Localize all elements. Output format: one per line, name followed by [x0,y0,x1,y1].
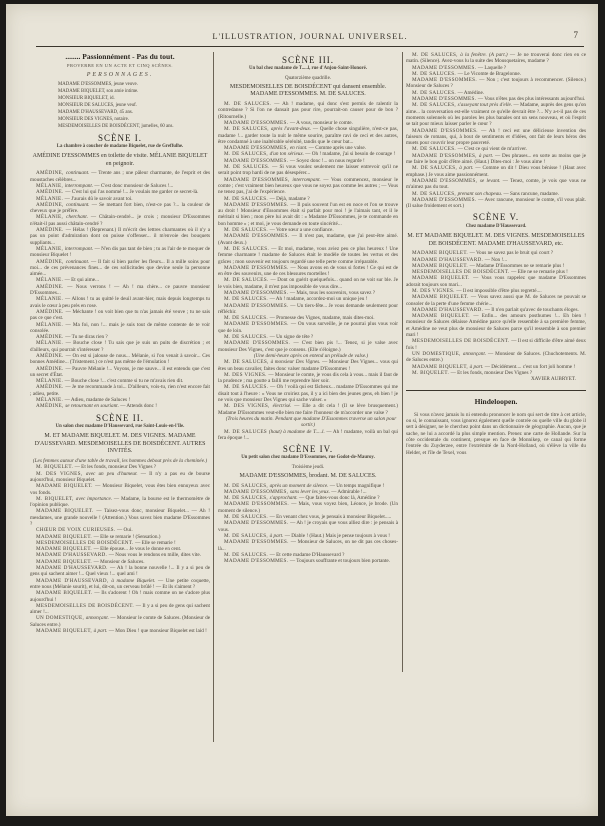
speaker: M. DE SALUCES, [224,359,271,365]
speaker: MADAME BIQUELET. [36,483,95,489]
scene-setting: Un petit salon chez madame D'Essommes, r… [218,455,398,461]
speaker: M. DE SALUCES, [224,126,271,132]
dialogue-line: (Trois heures du matin. Pendant que mada… [218,416,398,429]
speaker: MÉLANIE. [36,196,65,202]
speaker: AMÉDINE. [36,309,66,315]
speaker: CHŒUR DE VOIX CURIEUSES. [36,527,117,533]
speaker: MADAME D'ESSOMMES. [224,265,291,271]
dialogue-line: MADAME D'ESSOMMES. — On vous surveille, … [218,321,398,334]
line-text: — Elle se remarie ! [135,540,176,546]
speaker: MADAME D'HAUSSEVARD. [412,257,485,263]
dialogue-line: MADAME D'ESSOMMES, à part. — Des phrases… [406,153,586,166]
scene-cast: M. ET MADAME BIQUELET. M. DES VIGNES. MA… [30,433,210,456]
scene-note: Troisième jeudi. [218,465,398,471]
speaker: MÉLANIE. [36,296,65,302]
dialogue-line: MÉLANIE, cherchant. — Châtain-cendré... … [30,214,210,227]
speaker: M. DE SALUCES. [224,334,270,340]
speaker: M. DE SALUCES, [224,483,270,489]
personnage: MADAME D'ESSOMMES, jeune veuve. [30,81,210,88]
author-signature: XAVIER AUBRYET. [406,376,576,382]
line-text: — Un signe de tête ? [270,334,314,340]
speaker: MADAME D'ESSOMMES. [224,539,291,545]
speaker: AMÉDINE, [36,202,66,208]
dialogue-line: MADAME D'ESSOMMES. — Il n'est pas, madam… [218,233,398,246]
scene-setting: La chambre à coucher de madame Biquelet,… [30,144,210,150]
speaker: MADAME D'HAUSSEVARD, [36,578,111,584]
dialogue-line: MESDEMOISELLES DE BOISDÉCENT. — Il est s… [406,338,586,351]
stage-direction: continuant. [66,259,91,265]
dialogue-line: MADAME BIQUELET. — Taisez-vous donc, mon… [30,508,210,527]
scene-setting: Un salon chez madame D'Haussevard, rue S… [30,424,210,430]
speaker: MADAME BIQUELET. [36,590,94,596]
dialogue-line: M. DE SALUCES, à part. — Comme on dit ! … [406,165,586,178]
dialogue-line: MADAME D'ESSOMMES. — C'est bien pis !...… [218,340,398,353]
stage-direction: interrompant. [65,246,95,252]
dialogue-line: M. DE SALUCES, à monsieur Des Vignes. — … [218,359,398,372]
dialogue-line: AMÉDINE, continuant. — Se mettant fort b… [30,202,210,215]
dialogue-line: MADAME D'ESSOMMES, interrompant. — Vous … [218,177,398,196]
dialogue-line: MADAME D'ESSOMMES. — Mais, vous voyez bi… [218,501,398,514]
line-text: — Soyez donc !... on nous regarde ! [290,158,365,164]
speaker: MADAME D'ESSOMMES, [224,489,290,495]
stage-direction: prenant son chapeau. [458,191,504,197]
dialogue-line: M. DE SALUCES. — Si vous voulez seulemen… [218,164,398,177]
dialogue-line: UN DOMESTIQUE, annonçant. — Monsieur de … [406,351,586,364]
speaker: MESDEMOISELLES DE BOISDÉCENT. [412,338,511,344]
dialogue-line: AMÉDINE. — Je me recommande à toi... D'a… [30,384,210,397]
speaker: MADAME D'ESSOMMES, [224,177,292,183]
speaker: AMÉDINE, [36,170,66,176]
line-text: — Toujours souffrante et toujours bien p… [290,558,390,564]
page-number: 7 [574,30,579,40]
speaker: UN DOMESTIQUE, [36,615,86,621]
dialogue-line: AMÉDINE, continuant. — Il fait si bien p… [30,259,210,278]
line-text: — Amédine. [458,90,485,96]
personnage: MADAME D'HAUSSEVARD, 45 ans. [30,109,210,116]
scene-3: SCÈNE III.Un bal chez madame de T.....l,… [218,57,398,441]
speaker: MADAME BIQUELET. [36,559,94,565]
line-text: — Admirable !... [331,489,366,495]
stage-direction: à part. [94,628,109,634]
scene-cast: M. ET MADAME BIQUELET. M. DES VIGNES. ME… [406,233,586,248]
speaker: MÉLANIE. [36,277,65,283]
line-text: — Déjà, madame ? [270,196,310,202]
speaker: MADAME D'ESSOMMES. [224,303,290,309]
stage-direction: continuant. [66,202,92,208]
speaker: M. DE SALUCES. [224,296,270,302]
speaker: M. DE SALUCES. [412,90,458,96]
stage-direction: après l'avant-deux. [271,126,313,132]
scene-4: SCÈNE IV.Un petit salon chez madame D'Es… [218,446,398,564]
line-text: — Elle épouse... Je vous le donne en cen… [94,546,182,552]
stage-direction: à part. [459,165,475,171]
stage-direction: à part. [470,364,485,370]
dialogue-line: M. DES VIGNES, électrisé. — Elle a dit c… [218,403,398,416]
speaker: AMÉDINE. [36,366,65,372]
speaker: M. DE SALUCES, [224,533,270,539]
speaker: MADAME D'ESSOMMES. [412,96,478,102]
speaker: AMÉDINE, [36,259,66,265]
speaker: M. DE SALUCES. [224,101,274,107]
speaker: AMÉDINE. [36,284,67,290]
speaker: MESDEMOISELLES DE BOISDÉCENT. [36,540,135,546]
dialogue-line: AMÉDINE, continuant. — Trente ans ; une … [30,170,210,183]
speaker: MADAME D'ESSOMMES. [224,120,290,126]
line-text: — A vous, monsieur le comte. [290,120,353,126]
speaker: MADAME D'ESSOMMES. [412,197,478,203]
personnage: MESDEMOISELLES DE BOISDÉCENT, jumelles, … [30,123,210,130]
speaker: MADAME D'ESSOMMES, [412,153,479,159]
speaker: MADAME BIQUELET. [412,275,473,281]
scene-setting: Un bal chez madame de T.....l, rue d'Anj… [218,66,398,72]
speaker: M. DE SALUCES. [224,384,270,390]
speaker: MADAME D'ESSOMMES. [224,321,291,327]
speaker: AMÉDINE, [36,403,65,409]
line-text: — Monsieur de Saluces. [94,559,145,565]
speaker: MADAME D'ESSOMMES. [224,290,290,296]
article-body: Si vous n'avez jamais lu ni entendu pron… [406,412,586,456]
stage-direction: s'asseyant tout près d'elle. [458,102,514,108]
line-text: — Non !... [485,257,507,263]
speaker: MADAME D'ESSOMMES, [412,178,480,184]
scene-2: SCÈNE II.Un salon chez madame D'Hausseva… [30,415,210,635]
newspaper-page: L'ILLUSTRATION, JOURNAL UNIVERSEL. 7 ...… [6,4,598,816]
speaker: MADAME D'ESSOMMES. [412,128,481,134]
scene-cast: AMÉDINE D'ESSOMMES en toilette de visite… [30,153,210,168]
speaker: M. DES VIGNES. [412,288,456,294]
speaker: M. BIQUELET, [36,496,76,502]
dialogue-line: M. DE SALUCES (haut) à madame de T.....l… [218,429,398,442]
section-divider [406,390,586,391]
speaker: MADAME D'ESSOMMES. [412,65,478,71]
speaker: MADAME BIQUELET. [36,534,94,540]
scene-heading: SCÈNE IV. [218,446,398,452]
line-text: — Oui. [117,527,133,533]
speaker: MADAME BIQUELET. [412,250,470,256]
dialogue-line: MADAME D'ESSOMMES. — Toujours souffrante… [218,558,398,564]
line-text: — Oh ! madame, j'ai si besoin de courage… [305,151,395,157]
line-text: — Votre sœur a une confiance. [270,227,334,233]
speaker: MADAME BIQUELET. [412,263,470,269]
stage-direction: sans lever les yeux. [290,489,331,495]
stage-direction: à madame Biquelet. [111,578,158,584]
line-text: — Promesse des Vignes, madame, mais dite… [270,315,375,321]
speaker: MÉLANIE. [36,322,66,328]
dialogue-line: MADAME BIQUELET. — Vous vous rappelez qu… [406,275,586,288]
dialogue-line: MADAME BIQUELET. — Vous savez aussi que … [406,294,586,307]
line-text: — Et les fonds, monsieur Des Vignes ? [75,464,156,470]
stage-direction: d'un ton sérieux. [270,151,306,157]
scene-heading: SCÈNE V. [406,214,586,220]
stage-direction: annonçant. [463,351,488,357]
speaker: M. DE SALUCES. [224,227,270,233]
dialogue-line: MADAME D'ESSOMMES. — Avec rancune, monsi… [406,197,586,210]
stage-direction: continuant. [66,170,91,176]
stage-direction: se levant. [480,178,503,184]
scene-heading: SCÈNE III. [218,57,398,63]
speaker: MADAME BIQUELET. [412,294,471,300]
dialogue-line: MADAME D'HAUSSEVARD, à madame Biquelet. … [30,578,210,591]
dialogue-line: MÉLANIE. — Ma foi, non !... mais je suis… [30,322,210,335]
speaker: M. BIQUELET. [36,464,75,470]
article-title: Hindeloopen. [406,399,586,405]
line-text: — Sans rancune, madame. [504,191,559,197]
dialogue-line: AMÉDINE. — Hélas ! (Reprenant.) Il m'écr… [30,227,210,246]
dialogue-line: MADAME BIQUELET. — Enfin... des amours p… [406,313,586,338]
line-text: — Le Vicomte de Bragelonne. [458,71,521,77]
personnages-heading: PERSONNAGES. [30,72,210,78]
speaker: MADAME D'ESSOMMES. [412,77,479,83]
dialogue-line: AMÉDINE. — Nous verrons ! — Ah ! ma chèr… [30,284,210,297]
line-text: — Nous vous le rendons en mille, dites v… [109,552,201,558]
speaker: M. DE SALUCES. [224,246,271,252]
line-text: — Et cette madame D'Haussevard ? [270,552,345,558]
scene-heading: SCÈNE II. [30,415,210,421]
stage-direction: après un moment de silence. [270,483,330,489]
line-text: — Attends donc ! [120,403,157,409]
speaker: MADAME BIQUELET, [412,364,470,370]
stage-direction: à monsieur Des Vignes. [271,359,323,365]
speaker: MADAME D'ESSOMMES, [224,145,290,151]
speaker: MADAME D'ESSOMMES. [224,558,290,564]
stage-direction: interrompant. [292,177,323,183]
line-text: — Il n'en parlait qu'avec de touchants é… [485,307,579,313]
speaker: MADAME D'ESSOMMES. [224,340,293,346]
line-text: — Madame D'Essommes ne se remarie plus ! [470,263,565,269]
stage-direction: avec un peu d'humeur. [86,471,141,477]
dialogue-line: M. DE SALUCES, s'asseyant tout près d'el… [406,102,586,127]
dialogue-line: MÉLANIE, interrompant. — N'en dis pas ta… [30,246,210,259]
speaker: MADAME D'ESSOMMES. [224,501,291,507]
speaker: MÉLANIE, [36,214,66,220]
column-rule [402,52,403,672]
dialogue-line: MADAME D'ESSOMMES. — Monsieur de Saluces… [218,539,398,552]
speaker: MADAME BIQUELET, [36,628,94,634]
speaker: M. DE SALUCES, [412,102,458,108]
dialogue-line: MADAME BIQUELET, à part. — Mon Dieu ! qu… [30,628,210,634]
speaker: M. DES VIGNES, [36,471,86,477]
dialogue-line: MESDEMOISELLES DE BOISDÉCENT. — Il y a s… [30,603,210,616]
line-text: — Ah ! madame, accordez-moi un unique je… [270,296,368,302]
dialogue-line: M. DE SALUCES. — Et moi, madame, vous av… [218,246,398,265]
stage-direction: en riant. [290,145,309,151]
line-text: — Comme après une valse. [309,145,366,151]
dialogue-line: M. DES VIGNES, avec un peu d'humeur. — I… [30,471,210,484]
line-text: — En venant chez vous, je pensais à mons… [270,514,392,520]
speaker: M. DE SALUCES. [412,146,458,152]
speaker: MADAME D'ESSOMMES. [224,202,290,208]
stage-direction: électrisé. [273,403,295,409]
speaker: M. BIQUELET. [412,370,451,376]
scene-cast: MADAME D'ESSOMMES, brodant. M. DE SALUCE… [218,473,398,481]
line-text: — Mon Dieu ! que monsieur Biquelet est l… [109,628,207,634]
dialogue-line: AMÉDINE, se retournant en souriant. — At… [30,403,210,409]
line-text: — Vous n'êtes pas des plus intéressants … [478,96,585,102]
personnage: MONSIEUR DE SALUCES, jeune veuf. [30,102,210,109]
line-text: — J'aurais dû le savoir avant toi. [65,196,133,202]
scene-5: SCÈNE V.Chez madame D'Haussevard.M. ET M… [406,214,586,382]
dialogue-line: MADAME D'ESSOMMES. — Non ; c'est toujour… [406,77,586,90]
speaker: AMÉDINE. [36,189,65,195]
speaker: MÉLANIE, [36,246,65,252]
column-rule [213,52,214,742]
play-title: ........ Passionnément - Pas du tout. [30,52,210,62]
line-text: — Vous ne savez pas le bruit qui court ? [470,250,554,256]
column-2: SCÈNE III.Un bal chez madame de T.....l,… [218,52,398,564]
dialogue-line: M. DE SALUCES. — Dont on guérit quelquef… [218,277,398,290]
line-text: — Elle ne se remarie plus ! [511,269,568,275]
line-text: — C'est lui qui l'as nommé !... Je voula… [65,189,198,195]
dialogue-line: UN DOMESTIQUE, annonçant. — Monsieur le … [30,615,210,628]
line-text: — Diable ! (Haut.) Mais je pense toujour… [285,533,390,539]
dialogue-line: MADAME D'ESSOMMES. — Ah ! ceci est une d… [406,128,586,147]
dialogue-line: MADAME BIQUELET. — Ils s'adorent ! Oh ! … [30,590,210,603]
speaker: MADAME D'HAUSSEVARD. [412,307,485,313]
stage-direction: à part. [479,153,495,159]
line-text: — C'est ce qui vient de m'arriver. [458,146,527,152]
speaker: AMÉDINE. [36,384,65,390]
speaker: M. DE SALUCES, [224,151,270,157]
speaker: M. DE SALUCES, [412,191,458,197]
speaker: MADAME D'ESSOMMES. [224,520,290,526]
dialogue-line: MADAME D'ESSOMMES. — Il puis souvent l'u… [218,202,398,227]
stage-direction: se retournant en souriant. [65,403,120,409]
dialogue-line: MÉLANIE. — Bouche close ! Tu sais que je… [30,340,210,353]
dialogue-line: MADAME D'ESSOMMES. — Un tiers-fête... Je… [218,303,398,316]
personnages-list: MADAME D'ESSOMMES, jeune veuve.MADAME BI… [30,81,210,130]
dialogue-line: M. BIQUELET, avec importance. — Madame, … [30,496,210,509]
running-title: L'ILLUSTRATION, JOURNAL UNIVERSEL. [36,31,584,41]
running-head: L'ILLUSTRATION, JOURNAL UNIVERSEL. 7 [36,28,584,47]
dialogue-line: M. DE SALUCES, à la fenêtre. (A part.) —… [406,52,586,65]
dialogue-line: M. DE SALUCES. — Oh ! voilà qui est fâch… [218,384,398,403]
speaker: MADAME D'ESSOMMES. [224,158,290,164]
dialogue-line: MADAME D'ESSOMMES, se levant. — Tenez, c… [406,178,586,191]
dialogue-line: MADAME D'ESSOMMES. — Ah ! je croyais que… [218,520,398,533]
play-subtitle: PROVERBE EN UN ACTE ET CINQ SCÈNES. [30,63,210,69]
line-text: — Laquelle ? [478,65,506,71]
dialogue-line: MADAME BIQUELET. — Monsieur Biquelet, vo… [30,483,210,496]
scene-heading: SCÈNE I. [30,135,210,141]
line-text: — Et les fonds, monsieur Des Vignes ? [451,370,532,376]
dialogue-line: AMÉDINE. — Méchante ! on voit bien que t… [30,309,210,322]
speaker: M. DES VIGNES, [224,403,273,409]
scene-setting: Chez madame D'Haussevard. [406,224,586,230]
line-text: — Et qui aime... [65,277,99,283]
speaker: M. DES VIGNES. [224,372,268,378]
dialogue-line: MADAME D'HAUSSEVARD. — Ah ! la bonne nou… [30,565,210,578]
speaker: MADAME BIQUELET. [36,508,96,514]
dialogue-line: M. DE SALUCES, après l'avant-deux. — Que… [218,126,398,145]
speaker: M. DE SALUCES. [224,277,270,283]
stage-direction: avec importance. [76,496,114,502]
stage-direction: à part. [270,533,285,539]
personnage: MADAME BIQUELET, son amie intime. [30,88,210,95]
line-text: — Mais, tous les souvenirs, vous savez ? [290,290,375,296]
speaker: M. DE SALUCES. [224,164,272,170]
column-3: M. DE SALUCES, à la fenêtre. (A part.) —… [406,52,586,456]
line-text: — Décidément.... c'est un fort joli homm… [485,364,575,370]
speaker: MESDEMOISELLES DE BOISDÉCENT. [36,603,136,609]
line-text: — Un temps magnifique ! [330,483,384,489]
dialogue-line: MADAME D'ESSOMMES. — Nous avons en de vo… [218,265,398,278]
stage-direction: cherchant. [66,214,91,220]
dialogue-line: MÉLANIE. — Allons ! tu as quitté le deui… [30,296,210,309]
stage-direction: annonçant. [86,615,111,621]
speaker: M. DE SALUCES, [412,165,459,171]
speaker: MADAME D'ESSOMMES. [224,233,292,239]
dialogue-line: AMÉDINE. — Pauvre Mélanie !... Voyons, j… [30,366,210,379]
column-1: ........ Passionnément - Pas du tout. PR… [30,52,210,634]
dialogue-line: M. DES VIGNES. — Monsieur le comte, je v… [218,372,398,385]
speaker: MÉLANIE. [36,340,66,346]
scene-4-continued: M. DE SALUCES, à la fenêtre. (A part.) —… [406,52,586,209]
speaker: M. DE SALUCES [224,429,269,435]
speaker: M. DE SALUCES. [224,514,270,520]
stage-direction: (haut) à madame de T.....l. [269,429,327,435]
speaker: M. DE SALUCES. [224,552,270,558]
speaker: MADAME BIQUELET. [36,546,94,552]
speaker: MESDEMOISELLES DE BOISDÉCENT. [412,269,511,275]
scene-1: SCÈNE I.La chambre à coucher de madame B… [30,135,210,410]
dialogue-line: M. DE SALUCES. — Ah ! madame, qui donc s… [218,101,398,120]
dialogue-line: AMÉDINE. — On est si jalouse de nous... … [30,353,210,366]
speaker: MADAME D'HAUSSEVARD. [36,565,110,571]
speaker: M. DE SALUCES. [224,315,270,321]
line-text: — Elle se remarie ! (Sensation.) [94,534,161,540]
scene-cast: MESDEMOISELLES DE BOISDÉCENT qui dansent… [218,84,398,99]
line-text: — Il est impossible d'être plus regretté… [456,288,541,294]
personnage: MONSIEUR BIQUELET, id. [30,95,210,102]
speaker: MADAME D'HAUSSEVARD. [36,552,109,558]
speaker: M. DE SALUCES. [412,71,458,77]
speaker: M. DE SALUCES. [224,196,270,202]
personnage: MONSIEUR DES VIGNES, notaire. [30,116,210,123]
scene-note: Quatorzième quadrille. [218,76,398,82]
